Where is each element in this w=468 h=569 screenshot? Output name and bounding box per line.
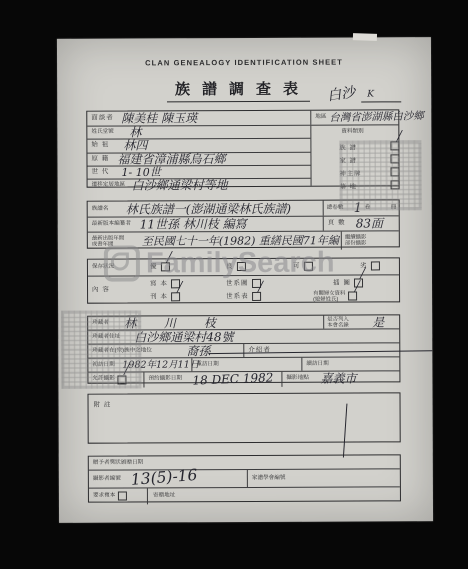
- checkbox-box: [160, 263, 169, 272]
- seal-stamp-watermark: [61, 310, 141, 388]
- field-label: 繼續攝影部份攝影: [345, 234, 367, 246]
- checkbox-label: 插 圖: [333, 280, 351, 287]
- checkbox-box: [252, 292, 261, 301]
- column-divider: [247, 470, 248, 487]
- table-row: 贈予者獎狀頒贈日期: [89, 455, 400, 470]
- field-label: 面談者: [91, 115, 114, 122]
- field-label: 重訪日期: [196, 362, 218, 368]
- column-divider: [323, 201, 324, 216]
- field-value: 台灣省澎湖縣白沙鄉: [329, 111, 424, 124]
- condition-table: 保存狀況 優 ╱ 良 可 劣 內 容: [87, 257, 400, 303]
- scanned-page: CLAN GENEALOGY IDENTIFICATION SHEET 族譜調查…: [0, 0, 468, 569]
- field-label: 寄贈地址: [153, 493, 175, 499]
- field-label: 攝影者編號: [93, 476, 121, 482]
- field-label: 頁 數: [328, 220, 346, 227]
- field-value: 至民國七十一年(1982) 重繕民國71年編: [142, 235, 339, 247]
- field-value: 是: [372, 316, 384, 328]
- handwritten-annotation: 白沙: [326, 82, 357, 106]
- handwritten-annotation-suffix: K: [367, 89, 374, 99]
- annotation-underline: [361, 101, 401, 102]
- check-mark: ╱: [360, 269, 366, 279]
- check-mark: ╱: [354, 282, 360, 292]
- checkbox-label: 有關婦女資料(媳婦姓氏): [313, 291, 345, 303]
- content-option: 有關婦女資料(媳婦姓氏) ╱: [313, 289, 357, 305]
- checkbox-box: [348, 292, 357, 301]
- column-divider: [147, 488, 148, 504]
- field-value: 白沙鄉通梁村等地: [132, 179, 228, 191]
- field-label: 地區: [315, 115, 326, 121]
- field-label: 始 祖: [91, 143, 109, 150]
- column-divider: [191, 358, 192, 371]
- field-value: 11世孫 林川枝 編寫: [140, 218, 247, 230]
- checkbox-label: 良: [226, 264, 234, 271]
- column-divider: [281, 372, 282, 387]
- check-mark: ╱: [257, 283, 263, 293]
- table-row: 姓氏堂號 林: [87, 126, 310, 140]
- checkbox-box: [236, 262, 245, 271]
- english-title: CLAN GENEALOGY IDENTIFICATION SHEET: [57, 57, 431, 68]
- field-value: 林四: [123, 140, 147, 152]
- form-paper: CLAN GENEALOGY IDENTIFICATION SHEET 族譜調查…: [57, 37, 433, 523]
- field-label: 資料類別: [341, 126, 363, 134]
- checkbox-box: [370, 262, 379, 271]
- notes-box: 附 註: [87, 392, 400, 443]
- column-divider: [323, 217, 324, 231]
- paper-notch: [353, 33, 377, 41]
- field-value: 陳美桂 陳玉瑛: [121, 112, 197, 124]
- field-label: 攝影地點: [286, 376, 308, 382]
- chinese-title: 族譜調查表: [167, 78, 310, 103]
- seal-stamp-watermark: [339, 140, 421, 210]
- field-value: 裔孫: [186, 345, 210, 357]
- table-row: 面談者 陳美桂 陳玉瑛 地區 台灣省澎湖縣白沙鄉: [87, 110, 398, 126]
- field-value: 林氏族譜一(澎湖通梁林氏族譜): [126, 202, 291, 215]
- column-divider: [143, 372, 144, 387]
- field-label: 原 籍: [91, 156, 109, 163]
- field-value: 83面: [356, 217, 383, 229]
- checkbox-label: 世系表: [226, 294, 249, 301]
- content-option: 世系表 ╱: [226, 289, 261, 305]
- field-label: 續訪日期: [306, 361, 328, 367]
- column-divider: [323, 316, 324, 329]
- field-value: 1- 10世: [122, 167, 161, 178]
- footer-table: 贈予者獎狀頒贈日期 攝影者編號 13(5)-16 家譜學會編號 要求複本 寄贈地…: [88, 454, 401, 502]
- field-label: 最新出版年間成書年間: [92, 236, 124, 248]
- field-value: 白沙鄉通梁村48號: [134, 331, 233, 343]
- column-divider: [301, 358, 302, 371]
- condition-option: 可: [293, 259, 313, 275]
- table-row: 最新版本編纂者 11世孫 林川枝 編寫 頁 數 83面: [88, 216, 399, 232]
- checkbox-box: [171, 293, 180, 302]
- checkbox-label: 世系圖: [226, 281, 249, 288]
- field-label: 附 註: [94, 400, 112, 409]
- field-label: 遷移定居地區: [92, 183, 126, 189]
- field-label: 家譜學會編號: [252, 476, 286, 482]
- field-value: 13(5)-16: [130, 467, 198, 487]
- condition-option: 良: [226, 259, 246, 275]
- field-label: 贈予者獎狀頒贈日期: [93, 460, 143, 466]
- condition-option: 優 ╱: [150, 259, 170, 275]
- field-value: 林: [129, 127, 141, 139]
- table-row: 遷移定居地區 白沙鄉通梁村等地: [88, 179, 311, 192]
- table-row: 保存狀況 優 ╱ 良 可 劣: [88, 258, 399, 276]
- field-label: 是否列入本會名錄: [327, 316, 349, 328]
- table-row: 攝影者編號 13(5)-16 家譜學會編號: [89, 469, 400, 488]
- field-label: 預約攝影日期: [148, 377, 182, 383]
- column-divider: [243, 344, 244, 357]
- info-left-column: 姓氏堂號 林 始 祖 林四 原 籍 福建省漳浦縣烏石鄉 世 代 1- 10世 遷…: [87, 126, 311, 187]
- content-option-line: 刊 本 ╱ 世系表 ╱ 有關婦女資料(媳婦姓氏) ╱: [88, 290, 399, 303]
- check-mark: ╱: [177, 283, 183, 293]
- table-row: 要求複本 寄贈地址: [89, 487, 400, 504]
- column-divider: [310, 111, 311, 125]
- copy-request-checkbox: 要求複本: [93, 488, 127, 504]
- field-value: 嘉義市: [320, 373, 356, 385]
- checkbox-box: [303, 262, 312, 271]
- checkbox-label: 優: [150, 264, 158, 271]
- checkbox-label: 要求複本: [93, 494, 115, 500]
- column-divider: [341, 232, 342, 250]
- checkbox-label: 刊 本: [150, 294, 168, 301]
- field-label: 世 代: [92, 169, 110, 176]
- checkbox-box: [118, 492, 127, 501]
- content-option: 刊 本 ╱: [150, 289, 180, 305]
- field-value: 福建省漳浦縣烏石鄉: [117, 153, 225, 165]
- check-mark: ╱: [166, 253, 172, 263]
- table-row: 原 籍 福建省漳浦縣烏石鄉: [87, 152, 310, 166]
- table-row: 最新出版年間成書年間 至民國七十一年(1982) 重繕民國71年編 繼續攝影部份…: [88, 231, 399, 250]
- checkbox-label: 寫 本: [150, 281, 168, 288]
- field-label: 保存狀況: [92, 265, 114, 271]
- field-value: 18 DEC 1982: [192, 372, 273, 387]
- checkbox-label: 可: [293, 264, 301, 271]
- field-label: 姓氏堂號: [91, 130, 113, 136]
- field-label: 最新版本編纂者: [92, 222, 131, 228]
- table-row: 內 容 寫 本 世系圖 插 圖 ╱: [88, 275, 399, 304]
- field-label: 族譜名: [92, 206, 109, 212]
